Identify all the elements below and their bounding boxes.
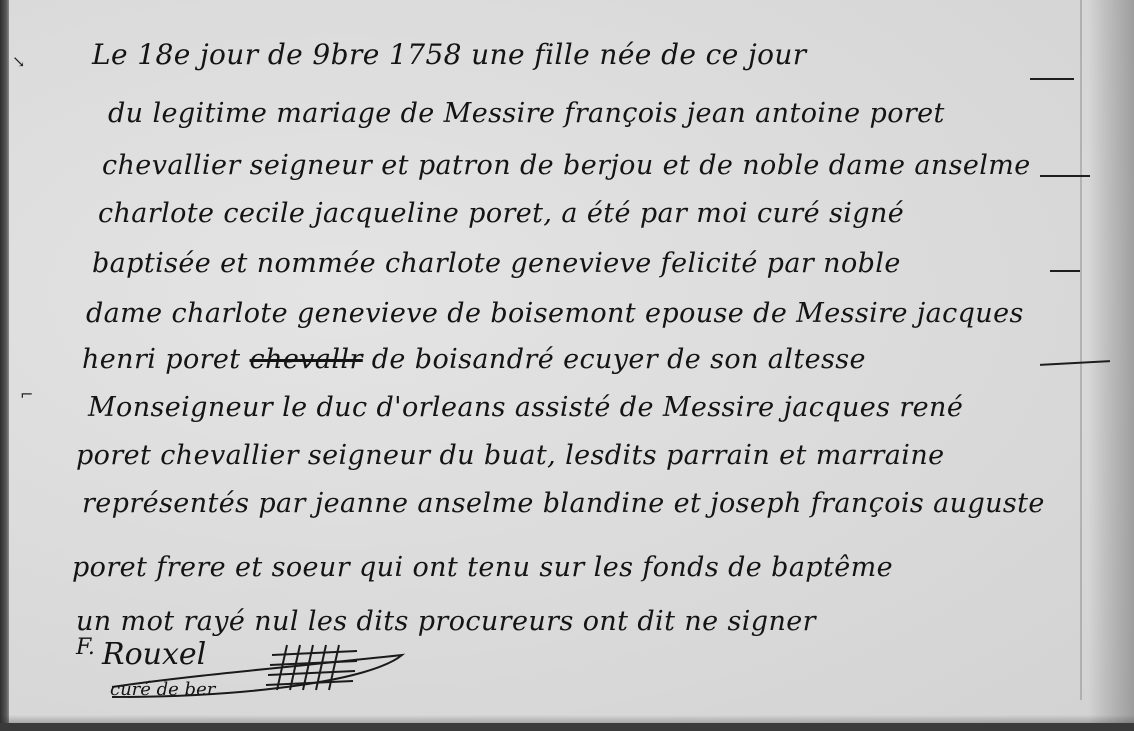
line-filler bbox=[1050, 270, 1080, 272]
text-line-9: poret chevallier seigneur du buat, lesdi… bbox=[76, 440, 945, 471]
text-line-4: charlote cecile jacqueline poret, a été … bbox=[98, 198, 904, 229]
line-filler bbox=[1040, 360, 1110, 366]
text-line-11: poret frere et soeur qui ont tenu sur le… bbox=[72, 552, 893, 583]
text-line-3: chevallier seigneur et patron de berjou … bbox=[102, 150, 1031, 181]
text-line-2: du legitime mariage de Messire françois … bbox=[108, 98, 945, 129]
line-filler bbox=[1030, 78, 1074, 80]
text-segment: henri poret bbox=[82, 344, 241, 375]
text-line-6: dame charlote genevieve de boisemont epo… bbox=[86, 298, 1024, 329]
margin-mark: ↘ bbox=[12, 52, 25, 71]
margin-mark: ⌐ bbox=[20, 385, 33, 404]
text-segment: de boisandré ecuyer de son altesse bbox=[372, 344, 866, 375]
signature-subline: curé de ber bbox=[110, 679, 215, 700]
text-line-5: baptisée et nommée charlote genevieve fe… bbox=[92, 248, 901, 279]
text-line-7: henri poret chevallr de boisandré ecuyer… bbox=[82, 344, 866, 375]
signature-name: Rouxel bbox=[102, 637, 206, 672]
priest-signature: F. Rouxel curé de ber bbox=[72, 635, 412, 705]
signature-prefix: F. bbox=[76, 635, 95, 660]
text-line-1: Le 18e jour de 9bre 1758 une fille née d… bbox=[92, 38, 807, 71]
line-filler bbox=[1040, 175, 1090, 177]
struck-word: chevallr bbox=[250, 344, 363, 375]
text-line-8: Monseigneur le duc d'orleans assisté de … bbox=[88, 392, 963, 423]
register-entry: ↘ ⌐ Le 18e jour de 9bre 1758 une fille n… bbox=[0, 0, 1134, 731]
text-line-10: représentés par jeanne anselme blandine … bbox=[82, 488, 1045, 519]
text-line-12: un mot rayé nul les dits procureurs ont … bbox=[76, 606, 816, 637]
